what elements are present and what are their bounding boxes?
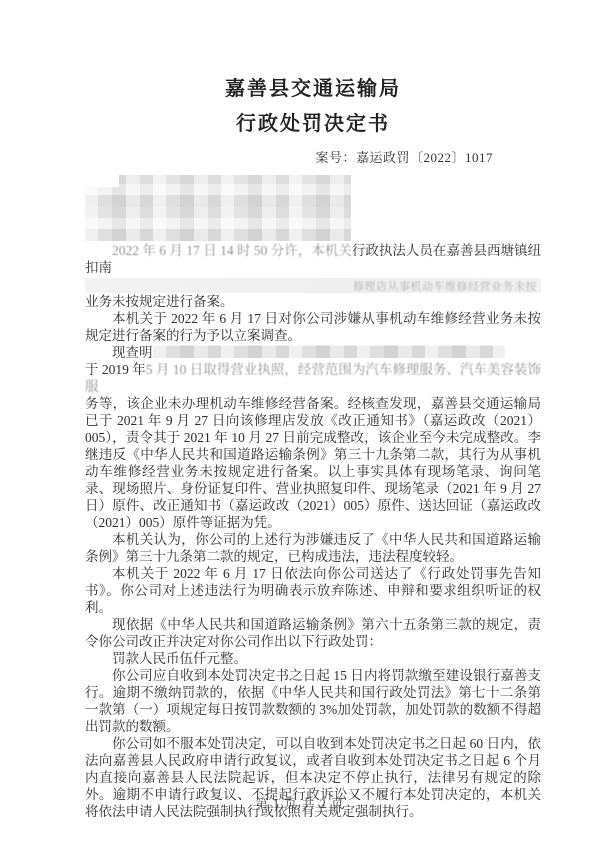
paragraph-inspection: 2022 年 6 月 17 日 14 时 50 分许，本机关行政执法人员在嘉善县… (85, 242, 541, 310)
redacted-party-info-block (85, 175, 351, 241)
document-title: 行政处罚决定书 (85, 113, 541, 135)
page-number-footer: 第 1 页 共 2 页 (0, 794, 600, 812)
inspection-line-end: 业务未按规定进行备案。 (85, 294, 234, 309)
paragraph-fine-amount: 罚款人民币伍仟元整。 (85, 650, 541, 667)
redacted-line-band: 修理店从事机动车维修经营业务未按 (85, 278, 541, 293)
redacted-inline-strip (153, 345, 505, 358)
findings-year: 于 2019 年 (85, 362, 146, 377)
paragraph-determination: 本机关认为，你公司的上述行为涉嫌违反了《中华人民共和国道路运输条例》第三十九条第… (85, 531, 541, 565)
paragraph-payment-terms: 你公司应自收到本处罚决定书之日起 15 日内将罚款缴至建设银行嘉善支行。逾期不缴… (85, 667, 541, 735)
findings-lead: 现查明 (112, 345, 153, 360)
paragraph-prior-notice: 本机关于 2022 年 6 月 17 日依法向你公司送达了《行政处罚事先告知书》… (85, 565, 541, 616)
document-body: 2022 年 6 月 17 日 14 时 50 分许，本机关行政执法人员在嘉善县… (85, 242, 541, 820)
paragraph-findings: 现查明于 2019 年5 月 10 日取得营业执照，经营范围为汽车修理服务、汽车… (85, 344, 541, 531)
faded-license-text: 5 月 10 日取得营业执照，经营范围为汽车修理服务、汽车美容装饰服 (85, 362, 541, 394)
scanned-document-page: 嘉善县交通运输局 行政处罚决定书 案号：嘉运政罚〔2022〕1017 2022 … (0, 0, 600, 856)
faded-date-text: 2022 年 6 月 17 日 14 时 50 分许，本机关 (112, 243, 352, 258)
case-number: 案号：嘉运政罚〔2022〕1017 (85, 147, 541, 166)
findings-body-text: 务等，该企业未办理机动车维修经营备案。经核查发现，嘉善县交通运输局已于 2021… (85, 396, 541, 530)
paragraph-legal-basis: 现依据《中华人民共和国道路运输条例》第六十五条第三款的规定，责令你公司改正并决定… (85, 616, 541, 650)
paragraph-case-filing: 本机关于 2022 年 6 月 17 日对你公司涉嫌从事机动车维修经营业务未按规… (85, 310, 541, 344)
agency-title: 嘉善县交通运输局 (85, 78, 541, 100)
illegible-text: 修理店从事机动车维修经营业务未按 (353, 281, 541, 293)
